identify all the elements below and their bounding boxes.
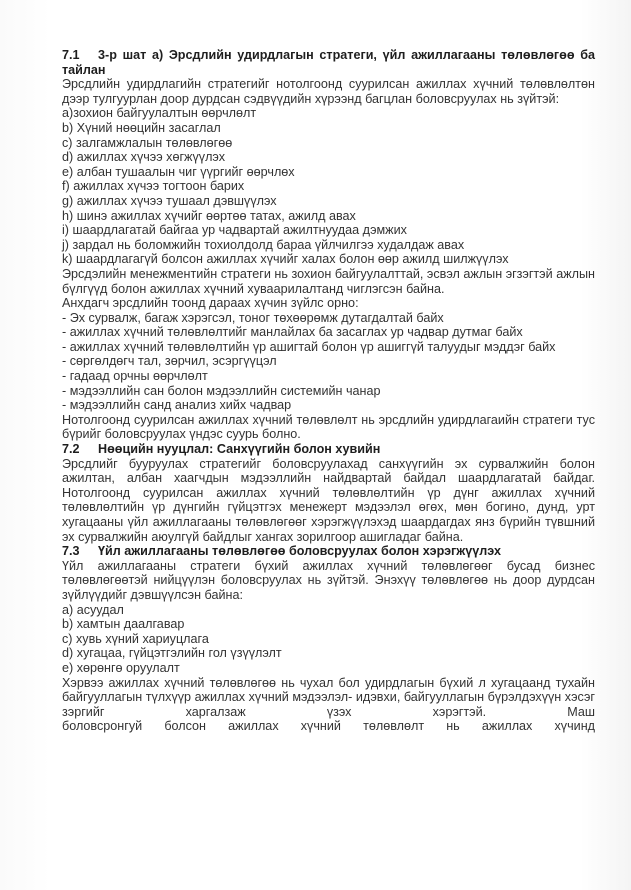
list-item: i) шаардлагатай байгаа ур чадвартай ажил… [62,223,595,238]
list-item: a)зохион байгуулалтын өөрчлөлт [62,106,595,121]
list-item: c) залгамжлалын төлөвлөгөө [62,136,595,151]
section-body-last-line: боловсронгуй болсон ажиллах хүчний төлөв… [62,719,595,734]
topic-list: a)зохион байгуулалтын өөрчлөлт b) Хүний … [62,106,595,267]
section-intro: Үйл ажиллагааны стратеги бүхий ажиллах х… [62,559,595,603]
list-item: k) шаардлагагүй болсон ажиллах хүчийг ха… [62,252,595,267]
section-title: 3-р шат а) Эрсдлийн удирдлагын стратеги,… [62,48,595,77]
list-item: d) хугацаа, гүйцэтгэлийн гол үзүүлэлт [62,646,595,661]
section-title: Үйл ажиллагааны төлөвлөгөө боловсруулах … [98,544,501,558]
risk-item: - сөргөлдөгч тал, зөрчил, эсэргүүцэл [62,354,595,369]
list-item: a) асуудал [62,603,595,618]
section-title: Нөөцийн нууцлал: Санхүүгийн болон хувийн [98,442,380,456]
strategy-paragraph: Эрсдэлийн менежментийн стратеги нь зохио… [62,267,595,296]
section-heading-7-3: 7.3Үйл ажиллагааны төлөвлөгөө боловсруул… [62,544,595,559]
plan-list: a) асуудал b) хамтын даалгавар c) хувь х… [62,603,595,676]
list-item: b) хамтын даалгавар [62,617,595,632]
risk-item: - мэдээллийн санд анализ хийх чадвар [62,398,595,413]
section-intro: Эрсдлийн удирдлагийн стратегийг нотолгоо… [62,77,595,106]
list-item: f) ажиллах хүчээ тогтоон барих [62,179,595,194]
section-body: Хэрвээ ажиллах хүчний төлөвлөгөө нь чуха… [62,676,595,720]
section-number: 7.2 [62,442,98,457]
section-number: 7.3 [62,544,98,559]
section-heading-7-2: 7.2Нөөцийн нууцлал: Санхүүгийн болон хув… [62,442,595,457]
section-number: 7.1 [62,48,98,63]
risk-item: - гадаад орчны өөрчлөлт [62,369,595,384]
risk-list: - Эх сурвалж, багаж хэрэгсэл, тоног төхө… [62,311,595,413]
page-content: 7.13-р шат а) Эрсдлийн удирдлагын страте… [62,48,595,734]
risks-intro: Анхдагч эрсдлийн тоонд дараах хүчин зүйл… [62,296,595,311]
list-item: d) ажиллах хүчээ хөгжүүлэх [62,150,595,165]
risk-item: - ажиллах хүчний төлөвлөлтийн үр ашигтай… [62,340,595,355]
list-item: b) Хүний нөөцийн засаглал [62,121,595,136]
list-item: j) зардал нь боломжийн тохиолдолд бараа … [62,238,595,253]
risk-item: - ажиллах хүчний төлөвлөлтийг манлайлах … [62,325,595,340]
list-item: c) хувь хүний хариуцлага [62,632,595,647]
conclusion-paragraph: Нотолгоонд суурилсан ажиллах хүчний төлө… [62,413,595,442]
list-item: h) шинэ ажиллах хүчийг өөртөө татах, ажи… [62,209,595,224]
document-page: 7.13-р шат а) Эрсдлийн удирдлагын страте… [0,0,631,890]
section-heading-7-1: 7.13-р шат а) Эрсдлийн удирдлагын страте… [62,48,595,77]
risk-item: - мэдээллийн сан болон мэдээллийн систем… [62,384,595,399]
list-item: g) ажиллах хүчээ тушаал дэвшүүлэх [62,194,595,209]
list-item: e) албан тушаалын чиг үүргийг өөрчлөх [62,165,595,180]
risk-item: - Эх сурвалж, багаж хэрэгсэл, тоног төхө… [62,311,595,326]
section-body: Эрсдлийг бууруулах стратегийг боловсруул… [62,457,595,545]
list-item: e) хөрөнгө оруулалт [62,661,595,676]
